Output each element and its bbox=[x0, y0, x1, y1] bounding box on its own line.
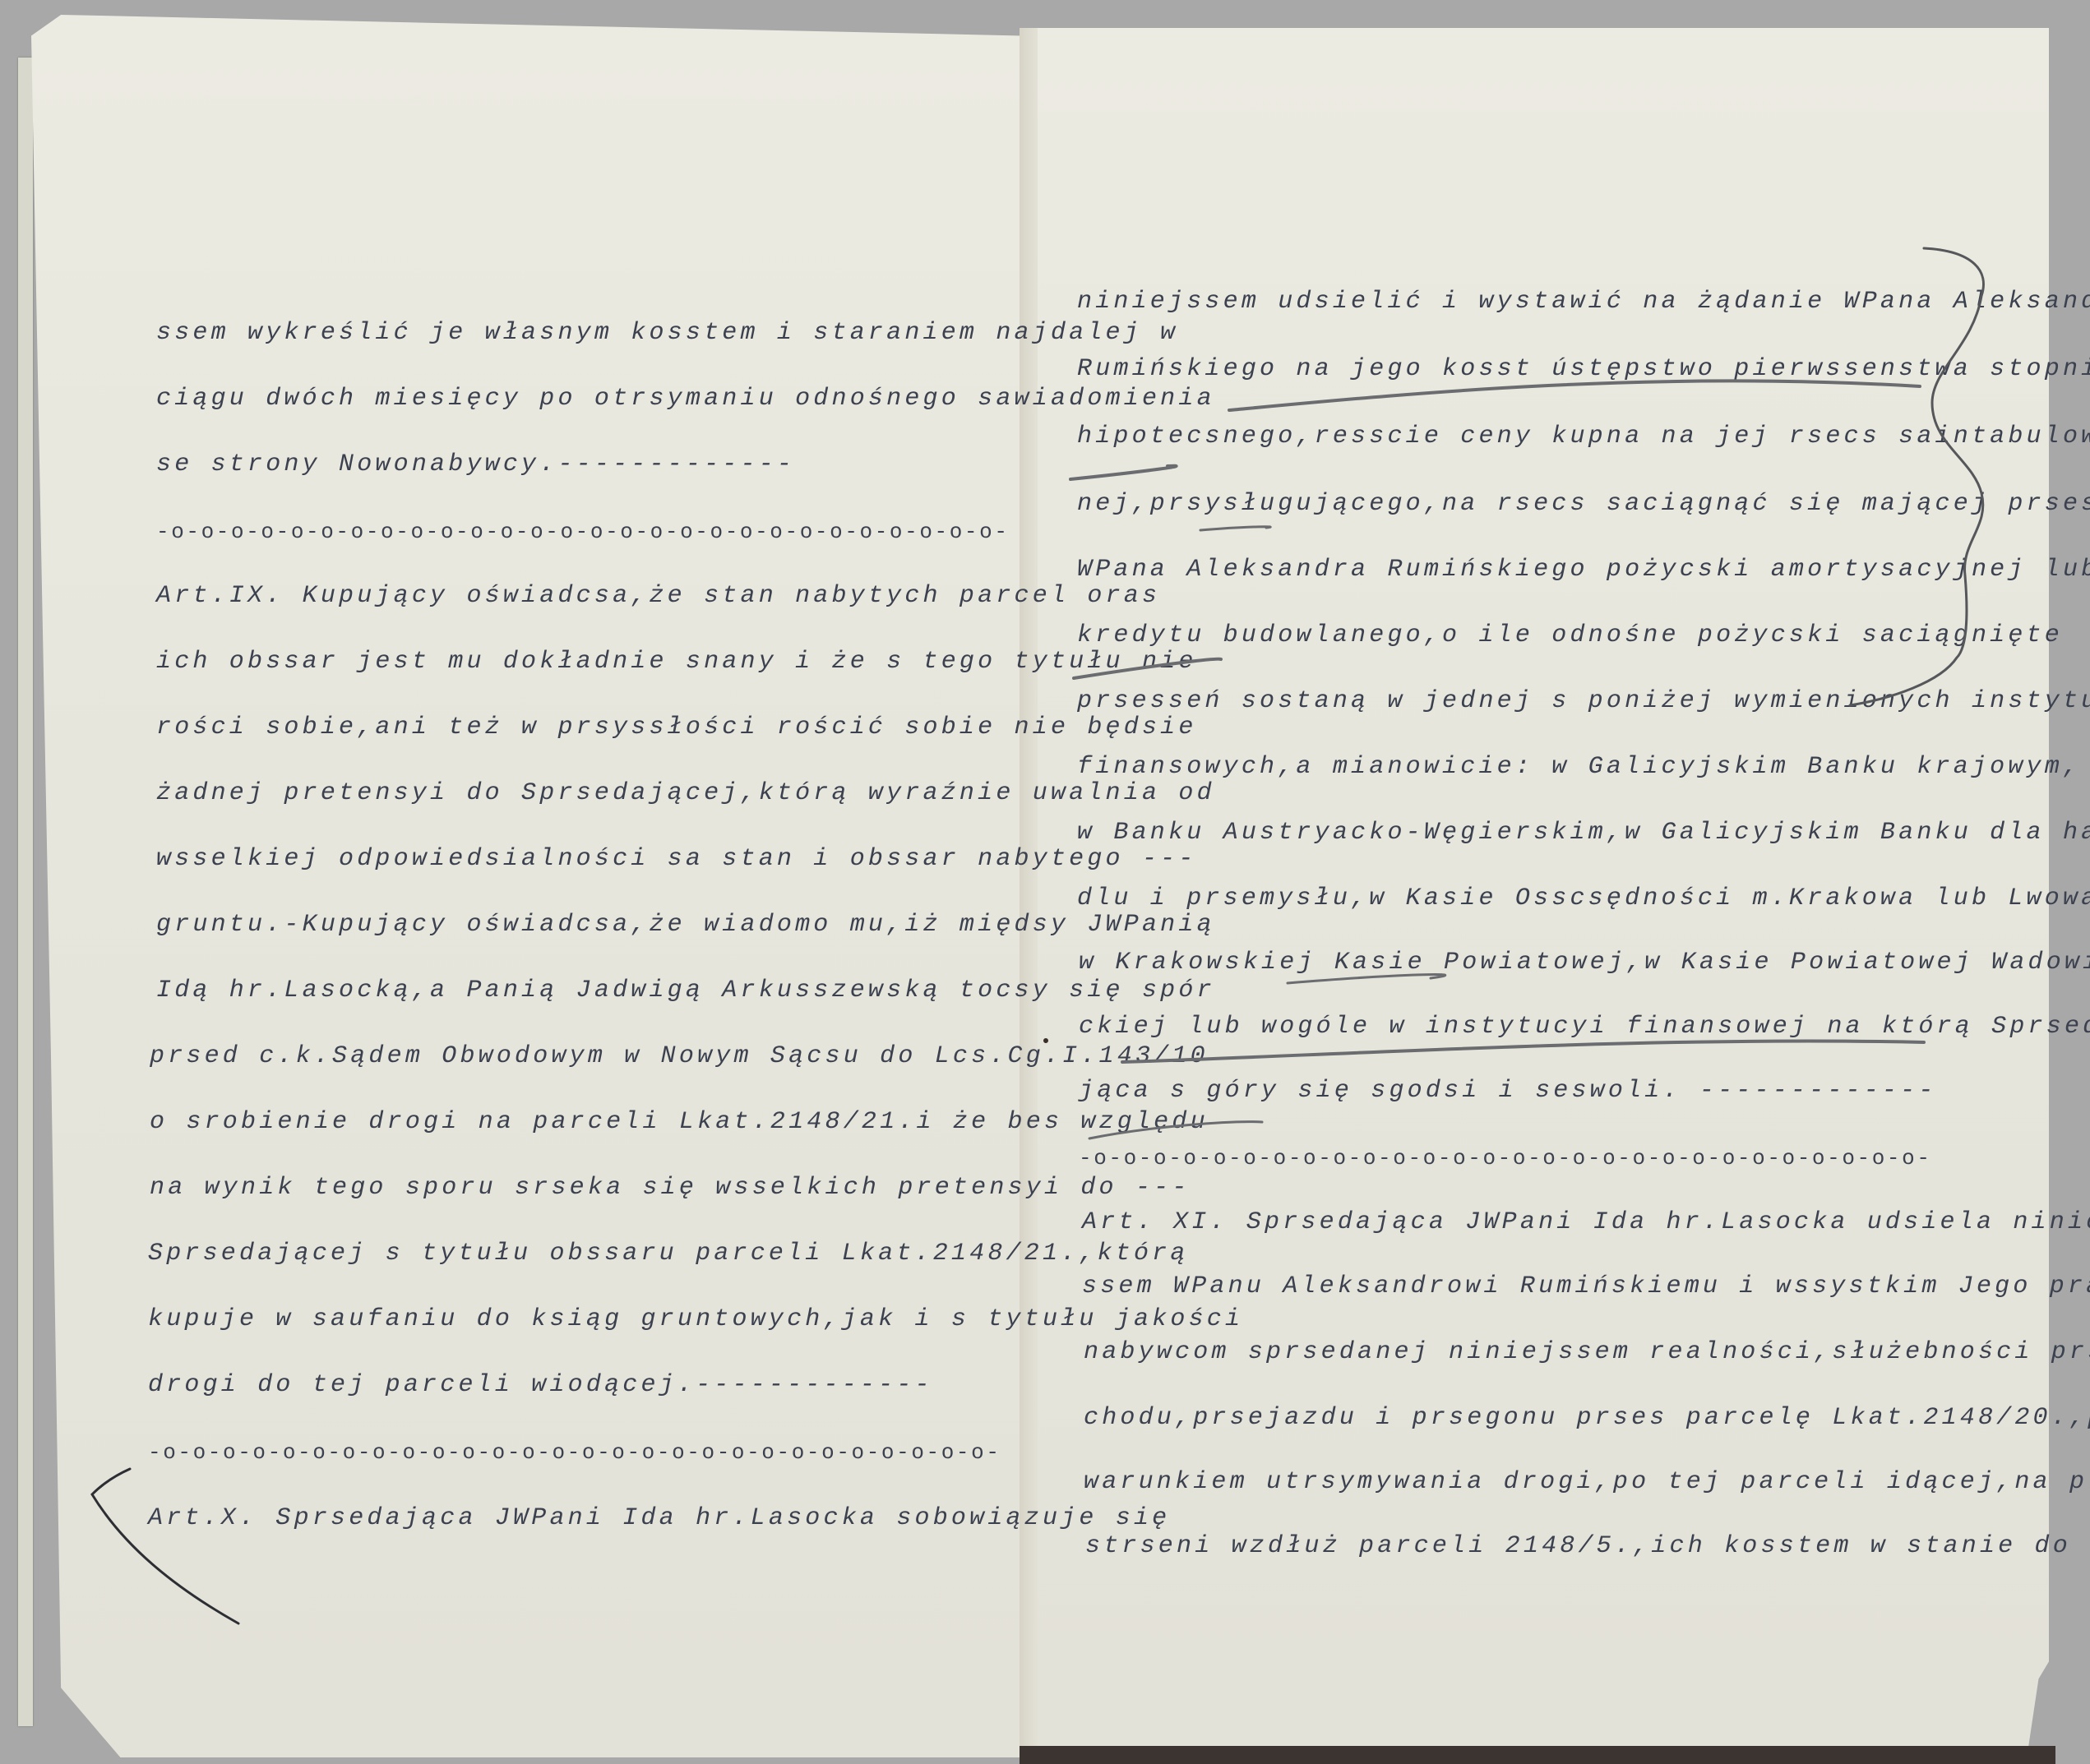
text-line: kredytu budowlanego,o ile odnośne pożycs… bbox=[1077, 621, 2063, 649]
text-line: prsed c.k.Sądem Obwodowym w Nowym Sącsu … bbox=[150, 1042, 1209, 1070]
text-line: w Krakowskiej Kasie Powiatowej,w Kasie P… bbox=[1079, 949, 2090, 977]
article-xi-heading-line: Art. XI. Sprsedająca JWPani Ida hr.Lasoc… bbox=[1082, 1208, 2090, 1236]
text-line: Idą hr.Lasocką,a Panią Jadwigą Arkusszew… bbox=[156, 977, 1215, 1004]
text-line: na wynik tego sporu srseka się wsselkich… bbox=[150, 1174, 1191, 1202]
text-line: wsselkiej odpowiedsialności sa stan i ob… bbox=[156, 845, 1197, 873]
text-line: WPana Aleksandra Rumińskiego pożycski am… bbox=[1077, 556, 2090, 584]
article-ix-heading-line: Art.IX. Kupujący oświadcsa,że stan nabyt… bbox=[156, 582, 1160, 610]
text-line: kupuje w saufaniu do ksiąg gruntowych,ja… bbox=[148, 1305, 1243, 1333]
text-line: o srobienie drogi na parceli Lkat.2148/2… bbox=[150, 1108, 1209, 1136]
text-line: nabywcom sprsedanej niniejssem realności… bbox=[1084, 1338, 2090, 1366]
section-separator: -o-o-o-o-o-o-o-o-o-o-o-o-o-o-o-o-o-o-o-o… bbox=[1079, 1146, 1932, 1171]
section-separator: -o-o-o-o-o-o-o-o-o-o-o-o-o-o-o-o-o-o-o-o… bbox=[156, 520, 1010, 544]
text-line: ciągu dwóch miesięcy po otrsymaniu odnoś… bbox=[156, 385, 1215, 413]
text-line: rości sobie,ani też w prsyssłości rościć… bbox=[156, 713, 1197, 741]
text-line: strseni wzdłuż parceli 2148/5.,ich kosst… bbox=[1085, 1532, 2090, 1560]
text-line: jąca s góry się sgodsi i seswoli. ------… bbox=[1079, 1077, 1937, 1105]
text-line: ssem WPanu Aleksandrowi Rumińskiemu i ws… bbox=[1082, 1272, 2090, 1300]
text-line: drogi do tej parceli wiodącej.----------… bbox=[148, 1371, 933, 1399]
section-separator: -o-o-o-o-o-o-o-o-o-o-o-o-o-o-o-o-o-o-o-o… bbox=[148, 1440, 1001, 1465]
text-line: se strony Nowonabywcy.------------- bbox=[156, 450, 795, 478]
left-page bbox=[31, 15, 1021, 1757]
text-line: Rumińskiego na jego kosst ústępstwo pier… bbox=[1077, 355, 2090, 383]
text-line: gruntu.-Kupujący oświadcsa,że wiadomo mu… bbox=[156, 911, 1215, 939]
text-line: finansowych,a mianowicie: w Galicyjskim … bbox=[1077, 753, 2081, 781]
text-line: nej,prsysługującego,na rsecs saciągnąć s… bbox=[1077, 490, 2090, 518]
text-line: chodu,prsejazdu i prsegonu prses parcelę… bbox=[1084, 1404, 2090, 1432]
page-bottom-shadow bbox=[1020, 1746, 2055, 1764]
text-line: warunkiem utrsymywania drogi,po tej parc… bbox=[1084, 1468, 2090, 1496]
text-line: żadnej pretensyi do Sprsedającej,którą w… bbox=[156, 779, 1215, 807]
text-line: niniejssem udsielić i wystawić na żądani… bbox=[1077, 288, 2090, 316]
text-line: prsesseń sostaną w jednej s poniżej wymi… bbox=[1077, 687, 2090, 715]
text-line: ckiej lub wogóle w instytucyi finansowej… bbox=[1079, 1013, 2090, 1041]
text-line: ssem wykreślić je własnym kosstem i star… bbox=[156, 319, 1178, 347]
text-line: ich obssar jest mu dokładnie snany i że … bbox=[156, 648, 1197, 676]
text-line: hipotecsnego,resscie ceny kupna na jej r… bbox=[1077, 423, 2090, 450]
article-x-heading-line: Art.X. Sprsedająca JWPani Ida hr.Lasocka… bbox=[148, 1504, 1170, 1532]
book-spine-gutter bbox=[1020, 28, 1038, 1748]
stacked-page-edge bbox=[18, 58, 33, 1726]
text-line: dlu i prsemysłu,w Kasie Osscsędności m.K… bbox=[1077, 884, 2090, 912]
text-line: w Banku Austryacko-Węgierskim,w Galicyjs… bbox=[1077, 819, 2090, 847]
text-line: Sprsedającej s tytułu obssaru parceli Lk… bbox=[148, 1240, 1189, 1268]
